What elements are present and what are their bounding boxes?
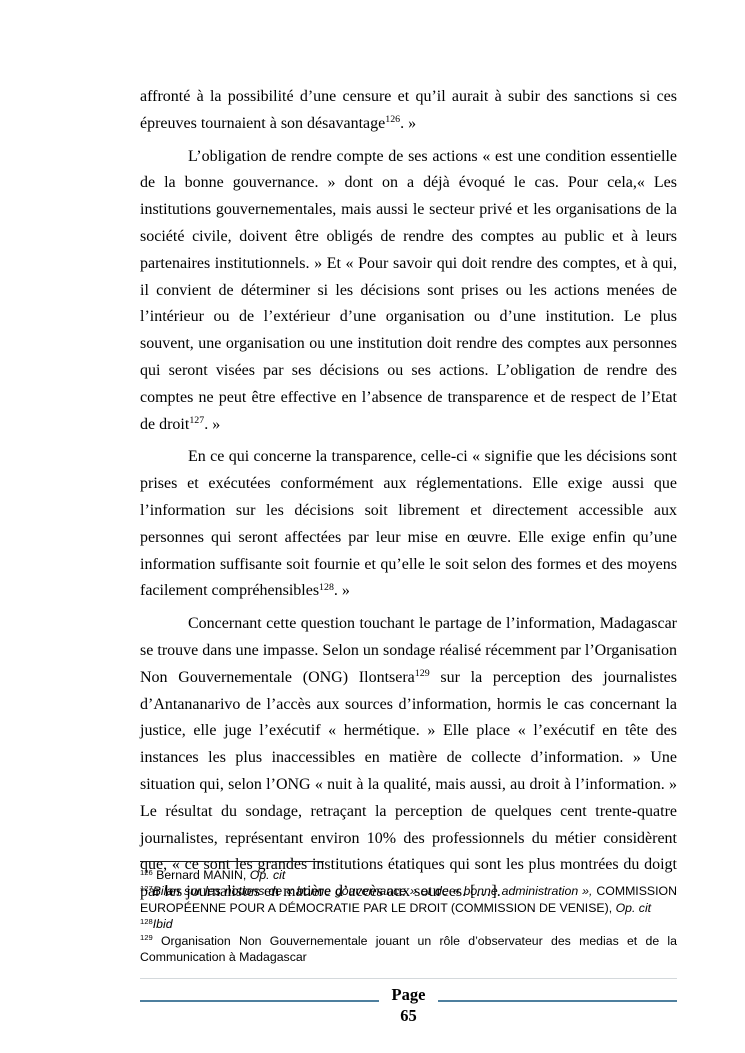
text-run: . » <box>334 582 350 599</box>
text-run: En ce qui concerne la transparence, cell… <box>140 448 677 599</box>
text-run: . » <box>204 416 220 433</box>
footnote-reference: 126 <box>140 868 153 877</box>
footnote-separator <box>140 861 324 862</box>
text-run: Ibid <box>153 917 173 931</box>
text-run: Op. cit <box>616 901 652 915</box>
footnote-item: 128Ibid <box>140 916 677 932</box>
footnotes-section: 126 Bernard MANIN, Op. cit127Bilan sur l… <box>140 861 677 965</box>
footnote-item: 129 Organisation Non Gouvernementale jou… <box>140 933 677 966</box>
text-run: Bernard MANIN, <box>153 868 250 882</box>
text-run: . » <box>400 115 416 132</box>
page-footer: Page <box>140 985 677 1005</box>
document-page: affronté à la possibilité d’une censure … <box>0 0 745 1053</box>
body-text: affronté à la possibilité d’une censure … <box>140 84 677 912</box>
footnote-reference: 128 <box>319 582 334 593</box>
footer-rule-right <box>438 1000 677 1002</box>
paragraph: L’obligation de rendre compte de ses act… <box>140 144 677 439</box>
footnote-item: 127Bilan sur les notions de « bonne gouv… <box>140 883 677 916</box>
footer-rule-left <box>140 1000 379 1002</box>
paragraph: En ce qui concerne la transparence, cell… <box>140 444 677 605</box>
footer-page-number: 65 <box>140 1006 677 1026</box>
footer-top-rule <box>140 978 677 979</box>
text-run: Bilan sur les notions de « bonne gouvern… <box>153 884 597 898</box>
footnotes-list: 126 Bernard MANIN, Op. cit127Bilan sur l… <box>140 867 677 965</box>
text-run: L’obligation de rendre compte de ses act… <box>140 148 677 433</box>
text-run: Op. cit <box>250 868 286 882</box>
footnote-reference: 129 <box>140 933 153 942</box>
footnote-item: 126 Bernard MANIN, Op. cit <box>140 867 677 883</box>
footnote-reference: 126 <box>385 114 400 125</box>
footnote-reference: 128 <box>140 917 153 926</box>
text-run: Organisation Non Gouvernementale jouant … <box>140 934 677 964</box>
footnote-reference: 129 <box>415 668 430 679</box>
footnote-reference: 127 <box>140 884 153 893</box>
footer-page-label: Page <box>379 985 439 1005</box>
footnote-reference: 127 <box>189 415 204 426</box>
paragraph: affronté à la possibilité d’une censure … <box>140 84 677 138</box>
